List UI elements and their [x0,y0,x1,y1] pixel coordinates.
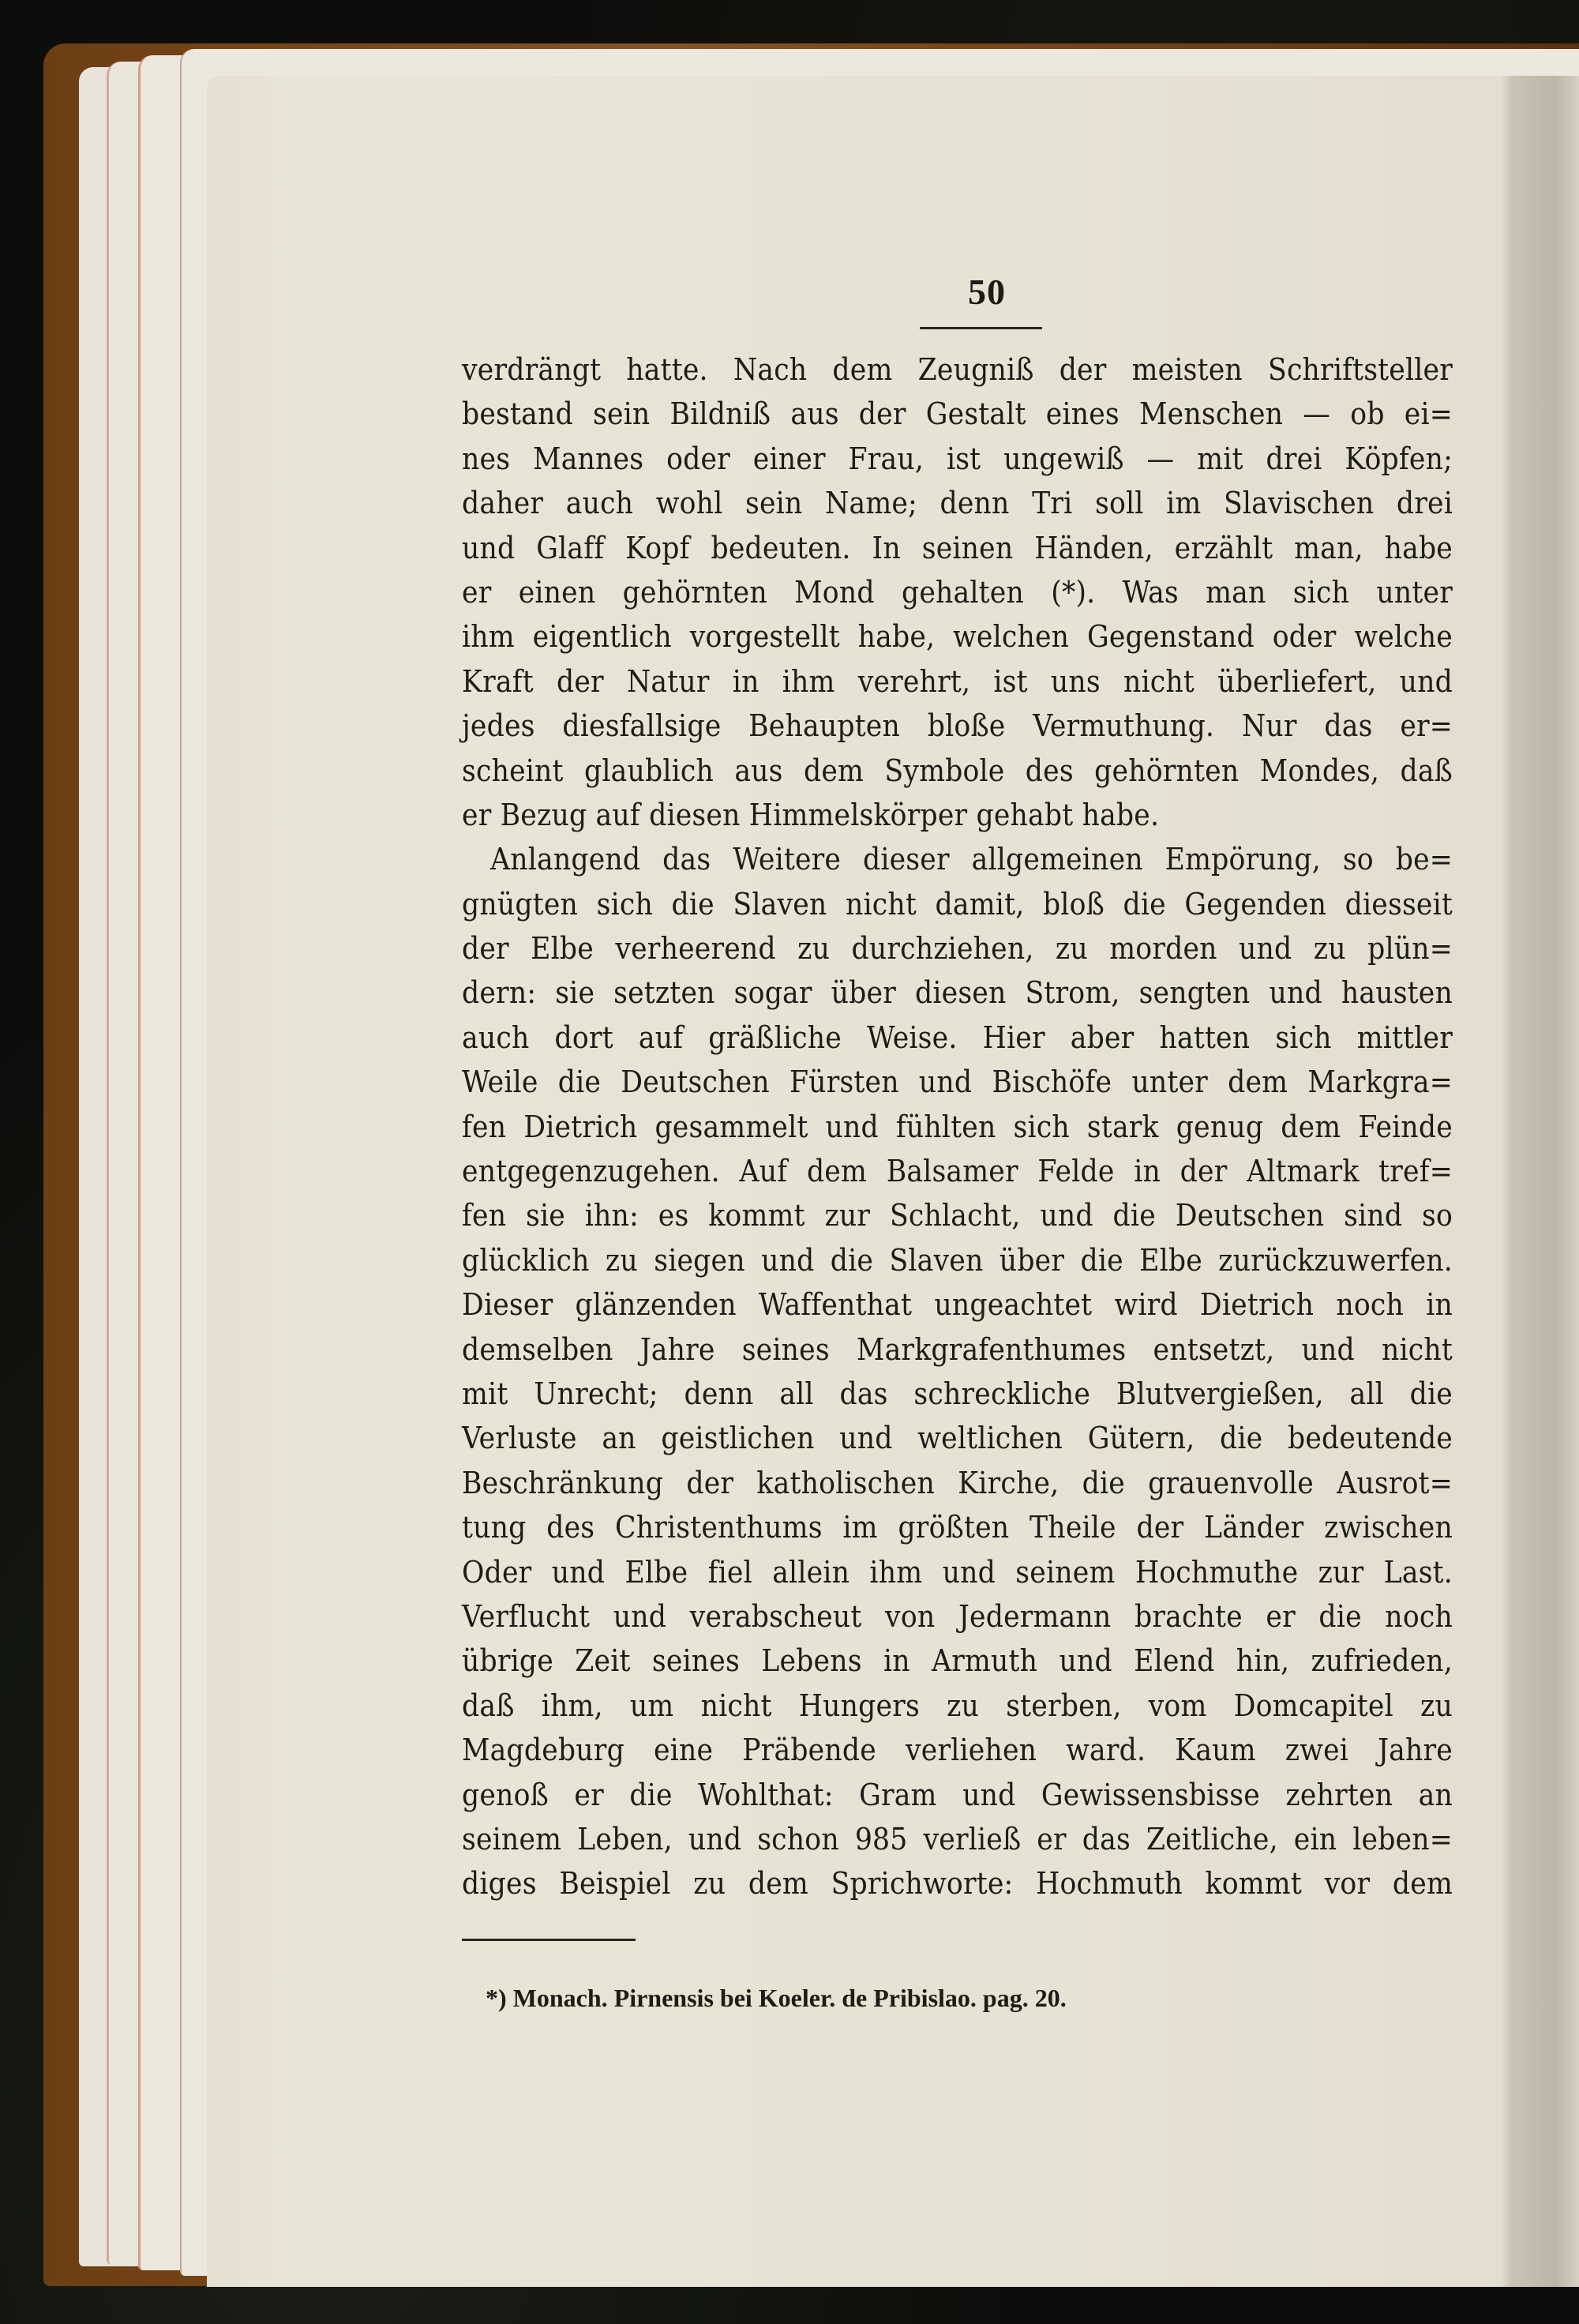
text-line: daher auch wohl sein Name; denn Tri soll… [462,482,1453,526]
text-line: tung des Christenthums im größten Theile… [462,1506,1453,1550]
text-line: glücklich zu siegen und die Slaven über … [462,1239,1453,1283]
text-line: dern: sie setzten sogar über diesen Stro… [462,971,1453,1016]
text-line: verdrängt hatte. Nach dem Zeugniß der me… [462,348,1453,392]
text-line: Verluste an geistlichen und weltlichen G… [462,1417,1453,1461]
text-line: seinem Leben, und schon 985 verließ er d… [462,1818,1453,1862]
text-line: Verflucht und verabscheut von Jedermann … [462,1595,1453,1639]
text-line: demselben Jahre seines Markgrafenthumes … [462,1328,1453,1372]
text-line: er einen gehörnten Mond gehalten (*). Wa… [462,571,1453,615]
text-line: Weile die Deutschen Fürsten und Bischöfe… [462,1061,1453,1105]
text-line: gnügten sich die Slaven nicht damit, blo… [462,883,1453,927]
text-line: nes Mannes oder einer Frau, ist ungewiß … [462,437,1453,482]
text-line: diges Beispiel zu dem Sprichworte: Hochm… [462,1862,1453,1906]
footnote: *) Monach. Pirnensis bei Koeler. de Prib… [462,1982,1453,2014]
gutter-shadow [1500,76,1579,2287]
text-line: daß ihm, um nicht Hungers zu sterben, vo… [462,1684,1453,1729]
text-line: der Elbe verheerend zu durchziehen, zu m… [462,927,1453,971]
text-line: Dieser glänzenden Waffenthat ungeachtet … [462,1283,1453,1327]
text-line: bestand sein Bildniß aus der Gestalt ein… [462,392,1453,437]
page-text-block: 50 verdrängt hatte. Nach dem Zeugniß der… [462,268,1453,2014]
text-line: entgegenzugehen. Auf dem Balsamer Felde … [462,1150,1453,1194]
text-line: Kraft der Natur in ihm verehrt, ist uns … [462,660,1453,704]
text-line: scheint glaublich aus dem Symbole des ge… [462,749,1453,794]
text-line: er Bezug auf diesen Himmelskörper gehabt… [462,794,1453,838]
text-line: mit Unrecht; denn all das schreckliche B… [462,1372,1453,1417]
text-line: übrige Zeit seines Lebens in Armuth und … [462,1639,1453,1684]
text-line: genoß er die Wohlthat: Gram und Gewissen… [462,1774,1453,1818]
text-line: Oder und Elbe fiel allein ihm und seinem… [462,1551,1453,1595]
text-line: fen sie ihn: es kommt zur Schlacht, und … [462,1194,1453,1238]
text-line: Beschränkung der katholischen Kirche, di… [462,1462,1453,1506]
footnote-rule [462,1939,636,1941]
text-line: jedes diesfallsige Behaupten bloße Vermu… [462,704,1453,749]
page-number-rule [920,327,1042,329]
text-line: auch dort auf gräßliche Weise. Hier aber… [462,1016,1453,1061]
text-line: Magdeburg eine Präbende verliehen ward. … [462,1729,1453,1773]
text-line: und Glaff Kopf bedeuten. In seinen Hände… [462,527,1453,571]
text-line: fen Dietrich gesammelt und fühlten sich … [462,1106,1453,1150]
page-number: 50 [904,268,1070,316]
text-line: ihm eigentlich vorgestellt habe, welchen… [462,615,1453,659]
paragraph-start-line: Anlangend das Weitere dieser allgemeinen… [462,838,1453,882]
